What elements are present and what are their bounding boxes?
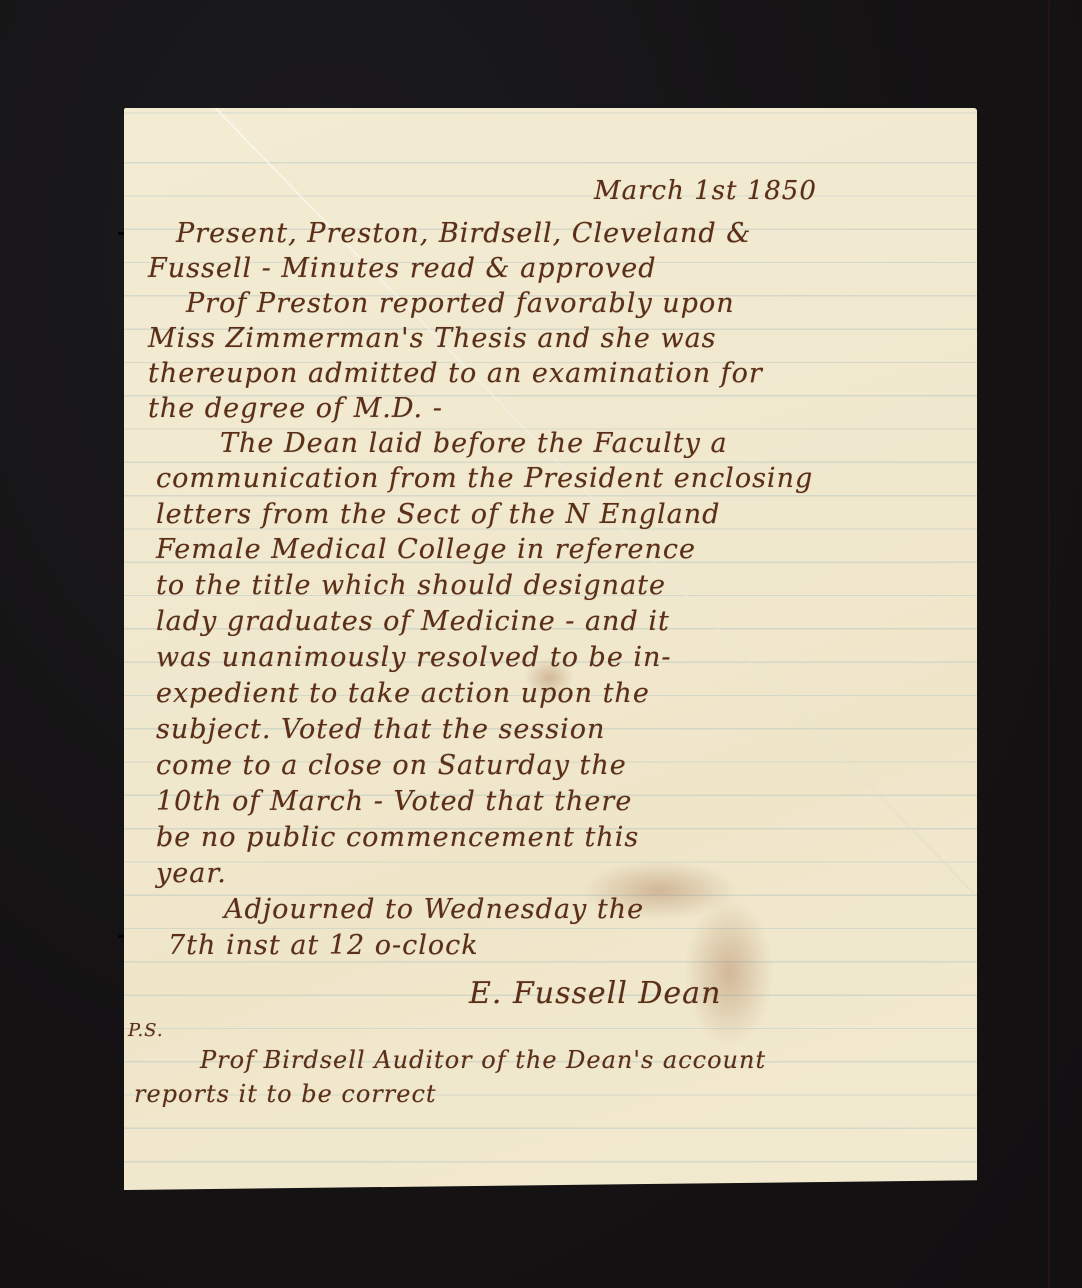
body-line: letters from the Sect of the N England (156, 499, 720, 530)
document-scan: March 1st 1850 Present, Preston, Birdsel… (0, 0, 1082, 1288)
body-line: Present, Preston, Birdsell, Cleveland & (176, 218, 751, 249)
body-line: subject. Voted that the session (156, 714, 605, 745)
body-line: 10th of March - Voted that there (156, 786, 632, 817)
manuscript-text: March 1st 1850 Present, Preston, Birdsel… (124, 108, 977, 1190)
body-line: 7th inst at 12 o-clock (168, 930, 479, 961)
body-line: Prof Preston reported favorably upon (186, 288, 735, 319)
postscript-mark: P.S. (128, 1020, 164, 1041)
body-line: expedient to take action upon the (156, 678, 650, 709)
body-line: thereupon admitted to an examination for (148, 358, 763, 389)
manuscript-page: March 1st 1850 Present, Preston, Birdsel… (124, 108, 977, 1190)
body-line: lady graduates of Medicine - and it (156, 606, 670, 637)
signature: E. Fussell Dean (469, 976, 721, 1011)
body-line: Female Medical College in reference (156, 534, 696, 565)
body-line: Fussell - Minutes read & approved (148, 253, 657, 284)
body-line: year. (156, 858, 227, 889)
document-date: March 1st 1850 (594, 176, 817, 206)
background-margin-line (1048, 0, 1050, 1288)
postscript-line: reports it to be correct (134, 1080, 437, 1108)
body-line: the degree of M.D. - (148, 393, 443, 424)
body-line: to the title which should designate (156, 570, 666, 601)
body-line: Adjourned to Wednesday the (224, 894, 644, 925)
body-line: be no public commencement this (156, 822, 639, 853)
body-line: The Dean laid before the Faculty a (220, 428, 728, 459)
body-line: Miss Zimmerman's Thesis and she was (148, 323, 717, 354)
body-line: come to a close on Saturday the (156, 750, 627, 781)
postscript-line: Prof Birdsell Auditor of the Dean's acco… (200, 1046, 766, 1074)
body-line: communication from the President enclosi… (156, 463, 813, 494)
body-line: was unanimously resolved to be in- (156, 642, 672, 673)
